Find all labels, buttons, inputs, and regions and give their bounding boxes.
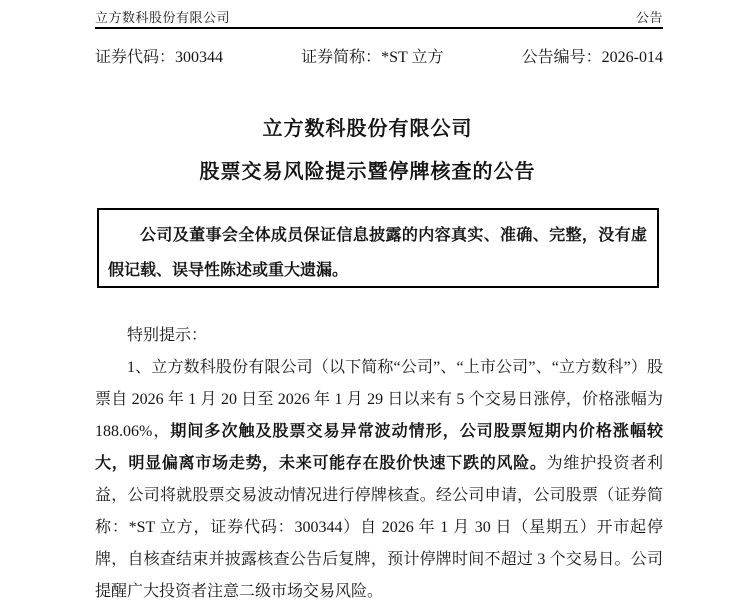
document-title-subject: 股票交易风险提示暨停牌核查的公告 <box>0 155 735 184</box>
stock-code-label: 证券代码： <box>95 49 175 66</box>
paragraph-1: 1、立方数科股份有限公司（以下简称“公司”、“上市公司”、“立方数科”）股票自 … <box>95 352 663 607</box>
stock-name-label: 证券简称： <box>301 49 381 66</box>
paragraph-1-text-after-bold: 为维护投资者利益，公司将就股票交易波动情况进行停牌核查。经公司申请，公司股票（证… <box>95 455 663 600</box>
stock-code-item: 证券代码：300344 <box>95 44 223 67</box>
running-header-doc-type: 公告 <box>636 7 663 26</box>
announcement-number-label: 公告编号： <box>522 49 602 66</box>
declaration-box: 公司及董事会全体成员保证信息披露的内容真实、准确、完整，没有虚假记载、误导性陈述… <box>97 208 659 288</box>
stock-name-item: 证券简称：*ST 立方 <box>301 44 443 67</box>
announcement-number-item: 公告编号：2026-014 <box>522 44 663 67</box>
running-header-company: 立方数科股份有限公司 <box>95 7 230 26</box>
document-title-company: 立方数科股份有限公司 <box>0 112 735 141</box>
running-header: 立方数科股份有限公司 公告 <box>95 7 663 26</box>
stock-code-value: 300344 <box>175 49 223 66</box>
stock-name-value: *ST 立方 <box>381 49 443 66</box>
securities-info-row: 证券代码：300344 证券简称：*ST 立方 公告编号：2026-014 <box>95 44 663 67</box>
announcement-page: 立方数科股份有限公司 公告 证券代码：300344 证券简称：*ST 立方 公告… <box>0 0 735 607</box>
announcement-body: 特别提示： 1、立方数科股份有限公司（以下简称“公司”、“上市公司”、“立方数科… <box>95 320 663 607</box>
header-divider-rule <box>95 27 663 29</box>
announcement-number-value: 2026-014 <box>602 49 663 66</box>
special-note-heading: 特别提示： <box>95 320 663 352</box>
declaration-text: 公司及董事会全体成员保证信息披露的内容真实、准确、完整，没有虚假记载、误导性陈述… <box>108 218 647 288</box>
